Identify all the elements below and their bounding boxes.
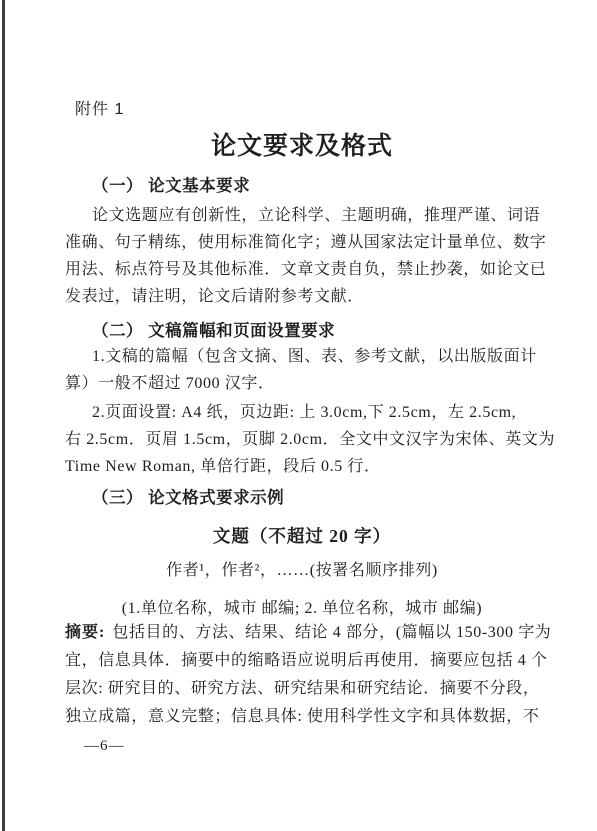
text-line: 层次: 研究目的、研究方法、研究结果和研究结论．摘要不分段，: [65, 675, 545, 703]
text-line: 用法、标点符号及其他标准．文章文责自负，禁止抄袭，如论文已: [65, 256, 545, 283]
text-line: 2.页面设置: A4 纸，页边距: 上 3.0cm,下 2.5cm，左 2.5c…: [65, 399, 545, 426]
example-paper-title: 文题（不超过 20 字）: [65, 523, 539, 548]
text-line: Time New Roman, 单倍行距，段后 0.5 行．: [65, 453, 545, 480]
text-line: 准确、句子精练，使用标准简化字；遵从国家法定计量单位、数字: [65, 229, 545, 256]
example-authors-line: 作者¹，作者²，……(按署名顺序排列): [65, 557, 539, 580]
text-line: 宜，信息具体．摘要中的缩略语应说明后再使用．摘要应包括 4 个: [65, 647, 545, 675]
section-heading-format-example: （三） 论文格式要求示例: [65, 484, 543, 508]
attachment-label: 附件 1: [75, 96, 124, 119]
document-title: 论文要求及格式: [65, 126, 539, 162]
text-line: 发表过，请注明，论文后请附参考文献．: [65, 283, 545, 310]
paragraph-abstract: 摘要:包括目的、方法、结果、结论 4 部分，(篇幅以 150-300 字为 宜，…: [65, 619, 545, 731]
text-line: 摘要:包括目的、方法、结果、结论 4 部分，(篇幅以 150-300 字为: [65, 619, 545, 647]
text-line: 右 2.5cm．页眉 1.5cm，页脚 2.0cm．全文中文汉字为宋体、英文为: [65, 426, 545, 453]
paragraph-manuscript-length: 1.文稿的篇幅（包含文摘、图、表、参考文献，以出版版面计 算）一般不超过 700…: [65, 343, 545, 397]
abstract-label: 摘要:: [65, 624, 105, 641]
paragraph-page-settings: 2.页面设置: A4 纸，页边距: 上 3.0cm,下 2.5cm，左 2.5c…: [65, 399, 545, 480]
section-heading-page-setup: （二） 文稿篇幅和页面设置要求: [65, 317, 543, 341]
page-number: —6—: [84, 738, 125, 755]
text-line: 算）一般不超过 7000 汉字．: [65, 370, 545, 397]
text-line: 论文选题应有创新性，立论科学、主题明确，推理严谨、词语: [65, 202, 545, 229]
text-line: 1.文稿的篇幅（包含文摘、图、表、参考文献，以出版版面计: [65, 343, 545, 370]
text-line: 独立成篇，意义完整；信息具体: 使用科学性文字和具体数据，不: [65, 703, 545, 731]
paragraph-basic-requirements: 论文选题应有创新性，立论科学、主题明确，推理严谨、词语 准确、句子精练，使用标准…: [65, 202, 545, 310]
example-affiliation-line: (1.单位名称，城市 邮编; 2. 单位名称，城市 邮编): [65, 595, 539, 618]
abstract-first-line-text: 包括目的、方法、结果、结论 4 部分，(篇幅以 150-300 字为: [112, 624, 551, 641]
scanned-document-page: 附件 1 论文要求及格式 （一） 论文基本要求 论文选题应有创新性，立论科学、主…: [0, 0, 597, 831]
scan-edge-artifact: [2, 0, 5, 831]
section-heading-basic-requirements: （一） 论文基本要求: [65, 172, 543, 196]
